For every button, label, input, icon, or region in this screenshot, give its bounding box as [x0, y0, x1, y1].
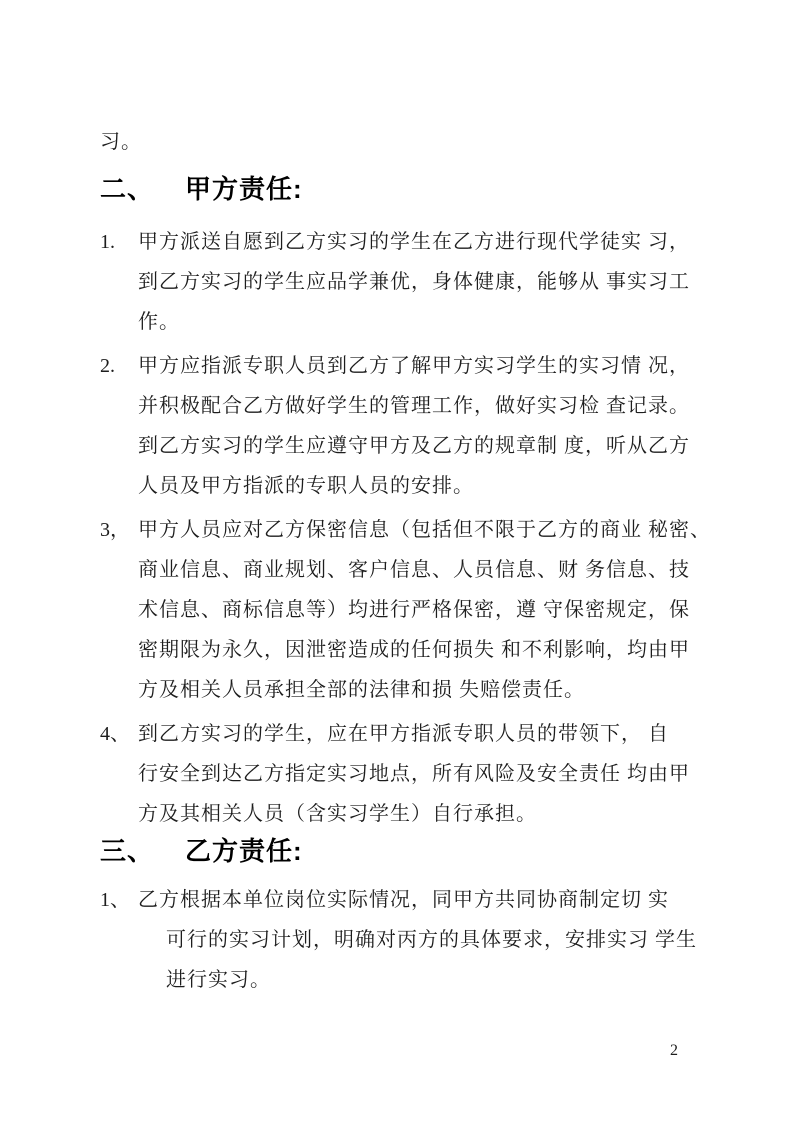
item-text: 甲方人员应对乙方保密信息（包括但不限于乙方的商业 秘密、 商业信息、商业规划、客…: [138, 510, 743, 710]
section-marker: 三、: [100, 834, 185, 868]
list-item-a2: 2. 甲方应指派专职人员到乙方了解甲方实习学生的实习情 况， 并积极配合乙方做好…: [100, 346, 743, 506]
list-item-b1: 1、 乙方根据本单位岗位实际情况，同甲方共同协商制定切 实 可行的实习计划，明确…: [100, 880, 743, 1000]
item-marker: 2.: [100, 346, 138, 506]
section-title: 乙方责任:: [185, 834, 743, 868]
document-page: 习。 二、 甲方责任: 1. 甲方派送自愿到乙方实习的学生在乙方进行现代学徒实 …: [0, 0, 793, 1122]
item-text: 甲方应指派专职人员到乙方了解甲方实习学生的实习情 况， 并积极配合乙方做好学生的…: [138, 346, 743, 506]
section-title: 甲方责任:: [185, 172, 743, 206]
list-item-a1: 1. 甲方派送自愿到乙方实习的学生在乙方进行现代学徒实 习， 到乙方实习的学生应…: [100, 222, 743, 342]
item-text: 到乙方实习的学生，应在甲方指派专职人员的带领下， 自 行安全到达乙方指定实习地点…: [138, 714, 743, 834]
section-heading-party-b-responsibilities: 三、 乙方责任:: [100, 834, 743, 868]
item-text: 乙方根据本单位岗位实际情况，同甲方共同协商制定切 实 可行的实习计划，明确对丙方…: [138, 880, 743, 1000]
item-marker: 1.: [100, 222, 138, 342]
item-marker: 3，: [100, 510, 138, 710]
item-marker: 1、: [100, 880, 138, 1000]
item-text: 甲方派送自愿到乙方实习的学生在乙方进行现代学徒实 习， 到乙方实习的学生应品学兼…: [138, 222, 743, 342]
section-marker: 二、: [100, 172, 185, 206]
page-number: 2: [670, 1040, 678, 1062]
list-item-a4: 4、 到乙方实习的学生，应在甲方指派专职人员的带领下， 自 行安全到达乙方指定实…: [100, 714, 743, 834]
section-heading-party-a-responsibilities: 二、 甲方责任:: [100, 172, 743, 206]
continuation-text: 习。: [100, 122, 743, 162]
item-marker: 4、: [100, 714, 138, 834]
list-item-a3: 3， 甲方人员应对乙方保密信息（包括但不限于乙方的商业 秘密、 商业信息、商业规…: [100, 510, 743, 710]
